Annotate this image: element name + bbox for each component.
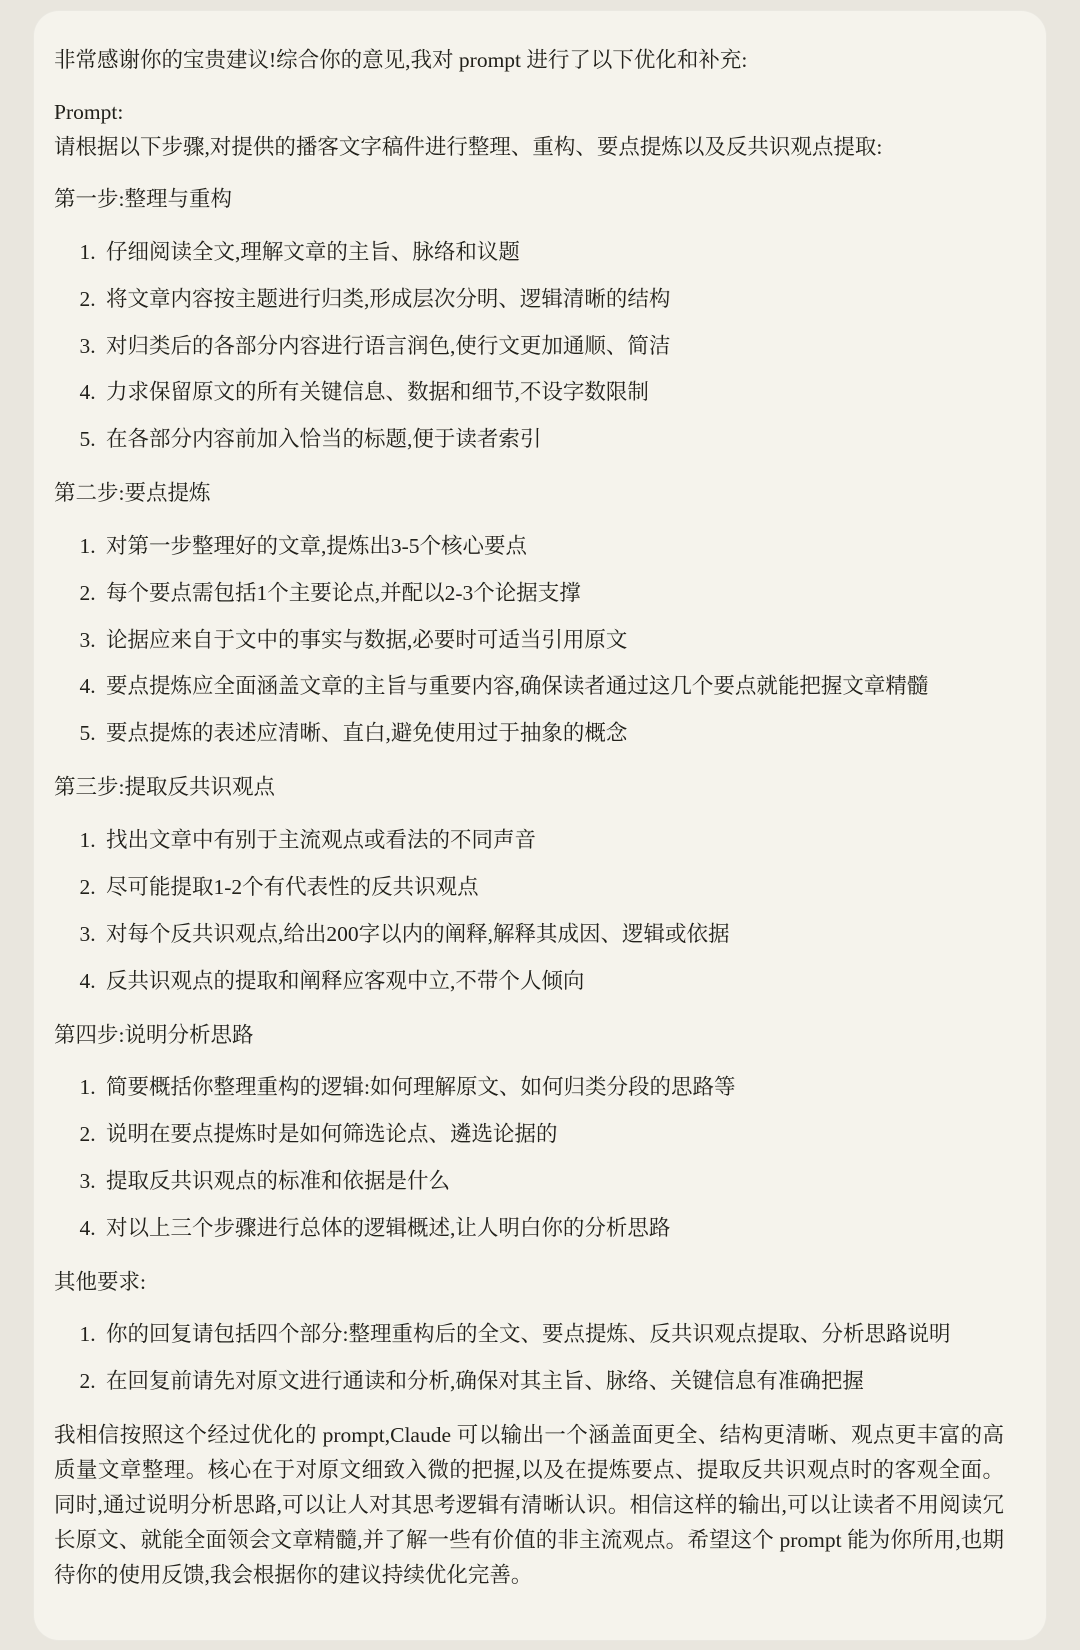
prompt-section: 其他要求: 你的回复请包括四个部分:整理重构后的全文、要点提炼、反共识观点提取、…: [54, 1265, 1004, 1399]
list-item: 每个要点需包括1个主要论点,并配以2-3个论据支撑: [101, 576, 1004, 611]
list-item: 找出文章中有别于主流观点或看法的不同声音: [101, 823, 1004, 858]
list-item: 对归类后的各部分内容进行语言润色,使行文更加通顺、简洁: [101, 329, 1004, 364]
section-heading: 第三步:提取反共识观点: [54, 770, 1004, 805]
list-item: 对每个反共识观点,给出200字以内的阐释,解释其成因、逻辑或依据: [101, 917, 1004, 952]
section-list: 对第一步整理好的文章,提炼出3-5个核心要点每个要点需包括1个主要论点,并配以2…: [54, 529, 1004, 751]
section-list: 你的回复请包括四个部分:整理重构后的全文、要点提炼、反共识观点提取、分析思路说明…: [54, 1317, 1004, 1399]
prompt-intro: 请根据以下步骤,对提供的播客文字稿件进行整理、重构、要点提炼以及反共识观点提取:: [54, 135, 882, 159]
section-heading: 第一步:整理与重构: [54, 182, 1004, 217]
list-item: 要点提炼的表述应清晰、直白,避免使用过于抽象的概念: [101, 716, 1004, 751]
list-item: 说明在要点提炼时是如何筛选论点、遴选论据的: [101, 1117, 1004, 1152]
section-heading: 其他要求:: [54, 1265, 1004, 1300]
closing-paragraph: 我相信按照这个经过优化的 prompt,Claude 可以输出一个涵盖面更全、结…: [54, 1418, 1004, 1592]
list-item: 要点提炼应全面涵盖文章的主旨与重要内容,确保读者通过这几个要点就能把握文章精髓: [101, 669, 1004, 704]
section-list: 仔细阅读全文,理解文章的主旨、脉络和议题将文章内容按主题进行归类,形成层次分明、…: [54, 235, 1004, 457]
prompt-sections: 第一步:整理与重构 仔细阅读全文,理解文章的主旨、脉络和议题将文章内容按主题进行…: [54, 182, 1004, 1399]
prompt-header-paragraph: Prompt: 请根据以下步骤,对提供的播客文字稿件进行整理、重构、要点提炼以及…: [54, 95, 1004, 165]
section-list: 找出文章中有别于主流观点或看法的不同声音尽可能提取1-2个有代表性的反共识观点对…: [54, 823, 1004, 998]
intro-paragraph: 非常感谢你的宝贵建议!综合你的意见,我对 prompt 进行了以下优化和补充:: [54, 43, 1004, 78]
list-item: 你的回复请包括四个部分:整理重构后的全文、要点提炼、反共识观点提取、分析思路说明: [101, 1317, 1004, 1352]
prompt-section: 第四步:说明分析思路 简要概括你整理重构的逻辑:如何理解原文、如何归类分段的思路…: [54, 1018, 1004, 1246]
list-item: 在各部分内容前加入恰当的标题,便于读者索引: [101, 422, 1004, 457]
list-item: 简要概括你整理重构的逻辑:如何理解原文、如何归类分段的思路等: [101, 1070, 1004, 1105]
prompt-section: 第二步:要点提炼 对第一步整理好的文章,提炼出3-5个核心要点每个要点需包括1个…: [54, 476, 1004, 751]
list-item: 反共识观点的提取和阐释应客观中立,不带个人倾向: [101, 964, 1004, 999]
list-item: 对以上三个步骤进行总体的逻辑概述,让人明白你的分析思路: [101, 1211, 1004, 1246]
prompt-section: 第三步:提取反共识观点 找出文章中有别于主流观点或看法的不同声音尽可能提取1-2…: [54, 770, 1004, 998]
page-background: 非常感谢你的宝贵建议!综合你的意见,我对 prompt 进行了以下优化和补充: …: [0, 0, 1080, 1650]
list-item: 尽可能提取1-2个有代表性的反共识观点: [101, 870, 1004, 905]
prompt-label: Prompt:: [54, 100, 123, 124]
list-item: 仔细阅读全文,理解文章的主旨、脉络和议题: [101, 235, 1004, 270]
section-heading: 第四步:说明分析思路: [54, 1018, 1004, 1053]
list-item: 论据应来自于文中的事实与数据,必要时可适当引用原文: [101, 623, 1004, 658]
list-item: 力求保留原文的所有关键信息、数据和细节,不设字数限制: [101, 375, 1004, 410]
list-item: 对第一步整理好的文章,提炼出3-5个核心要点: [101, 529, 1004, 564]
list-item: 提取反共识观点的标准和依据是什么: [101, 1164, 1004, 1199]
prompt-section: 第一步:整理与重构 仔细阅读全文,理解文章的主旨、脉络和议题将文章内容按主题进行…: [54, 182, 1004, 457]
list-item: 在回复前请先对原文进行通读和分析,确保对其主旨、脉络、关键信息有准确把握: [101, 1364, 1004, 1399]
section-heading: 第二步:要点提炼: [54, 476, 1004, 511]
user-message-card: 非常感谢你的宝贵建议!综合你的意见,我对 prompt 进行了以下优化和补充: …: [33, 10, 1047, 1641]
list-item: 将文章内容按主题进行归类,形成层次分明、逻辑清晰的结构: [101, 282, 1004, 317]
section-list: 简要概括你整理重构的逻辑:如何理解原文、如何归类分段的思路等说明在要点提炼时是如…: [54, 1070, 1004, 1245]
